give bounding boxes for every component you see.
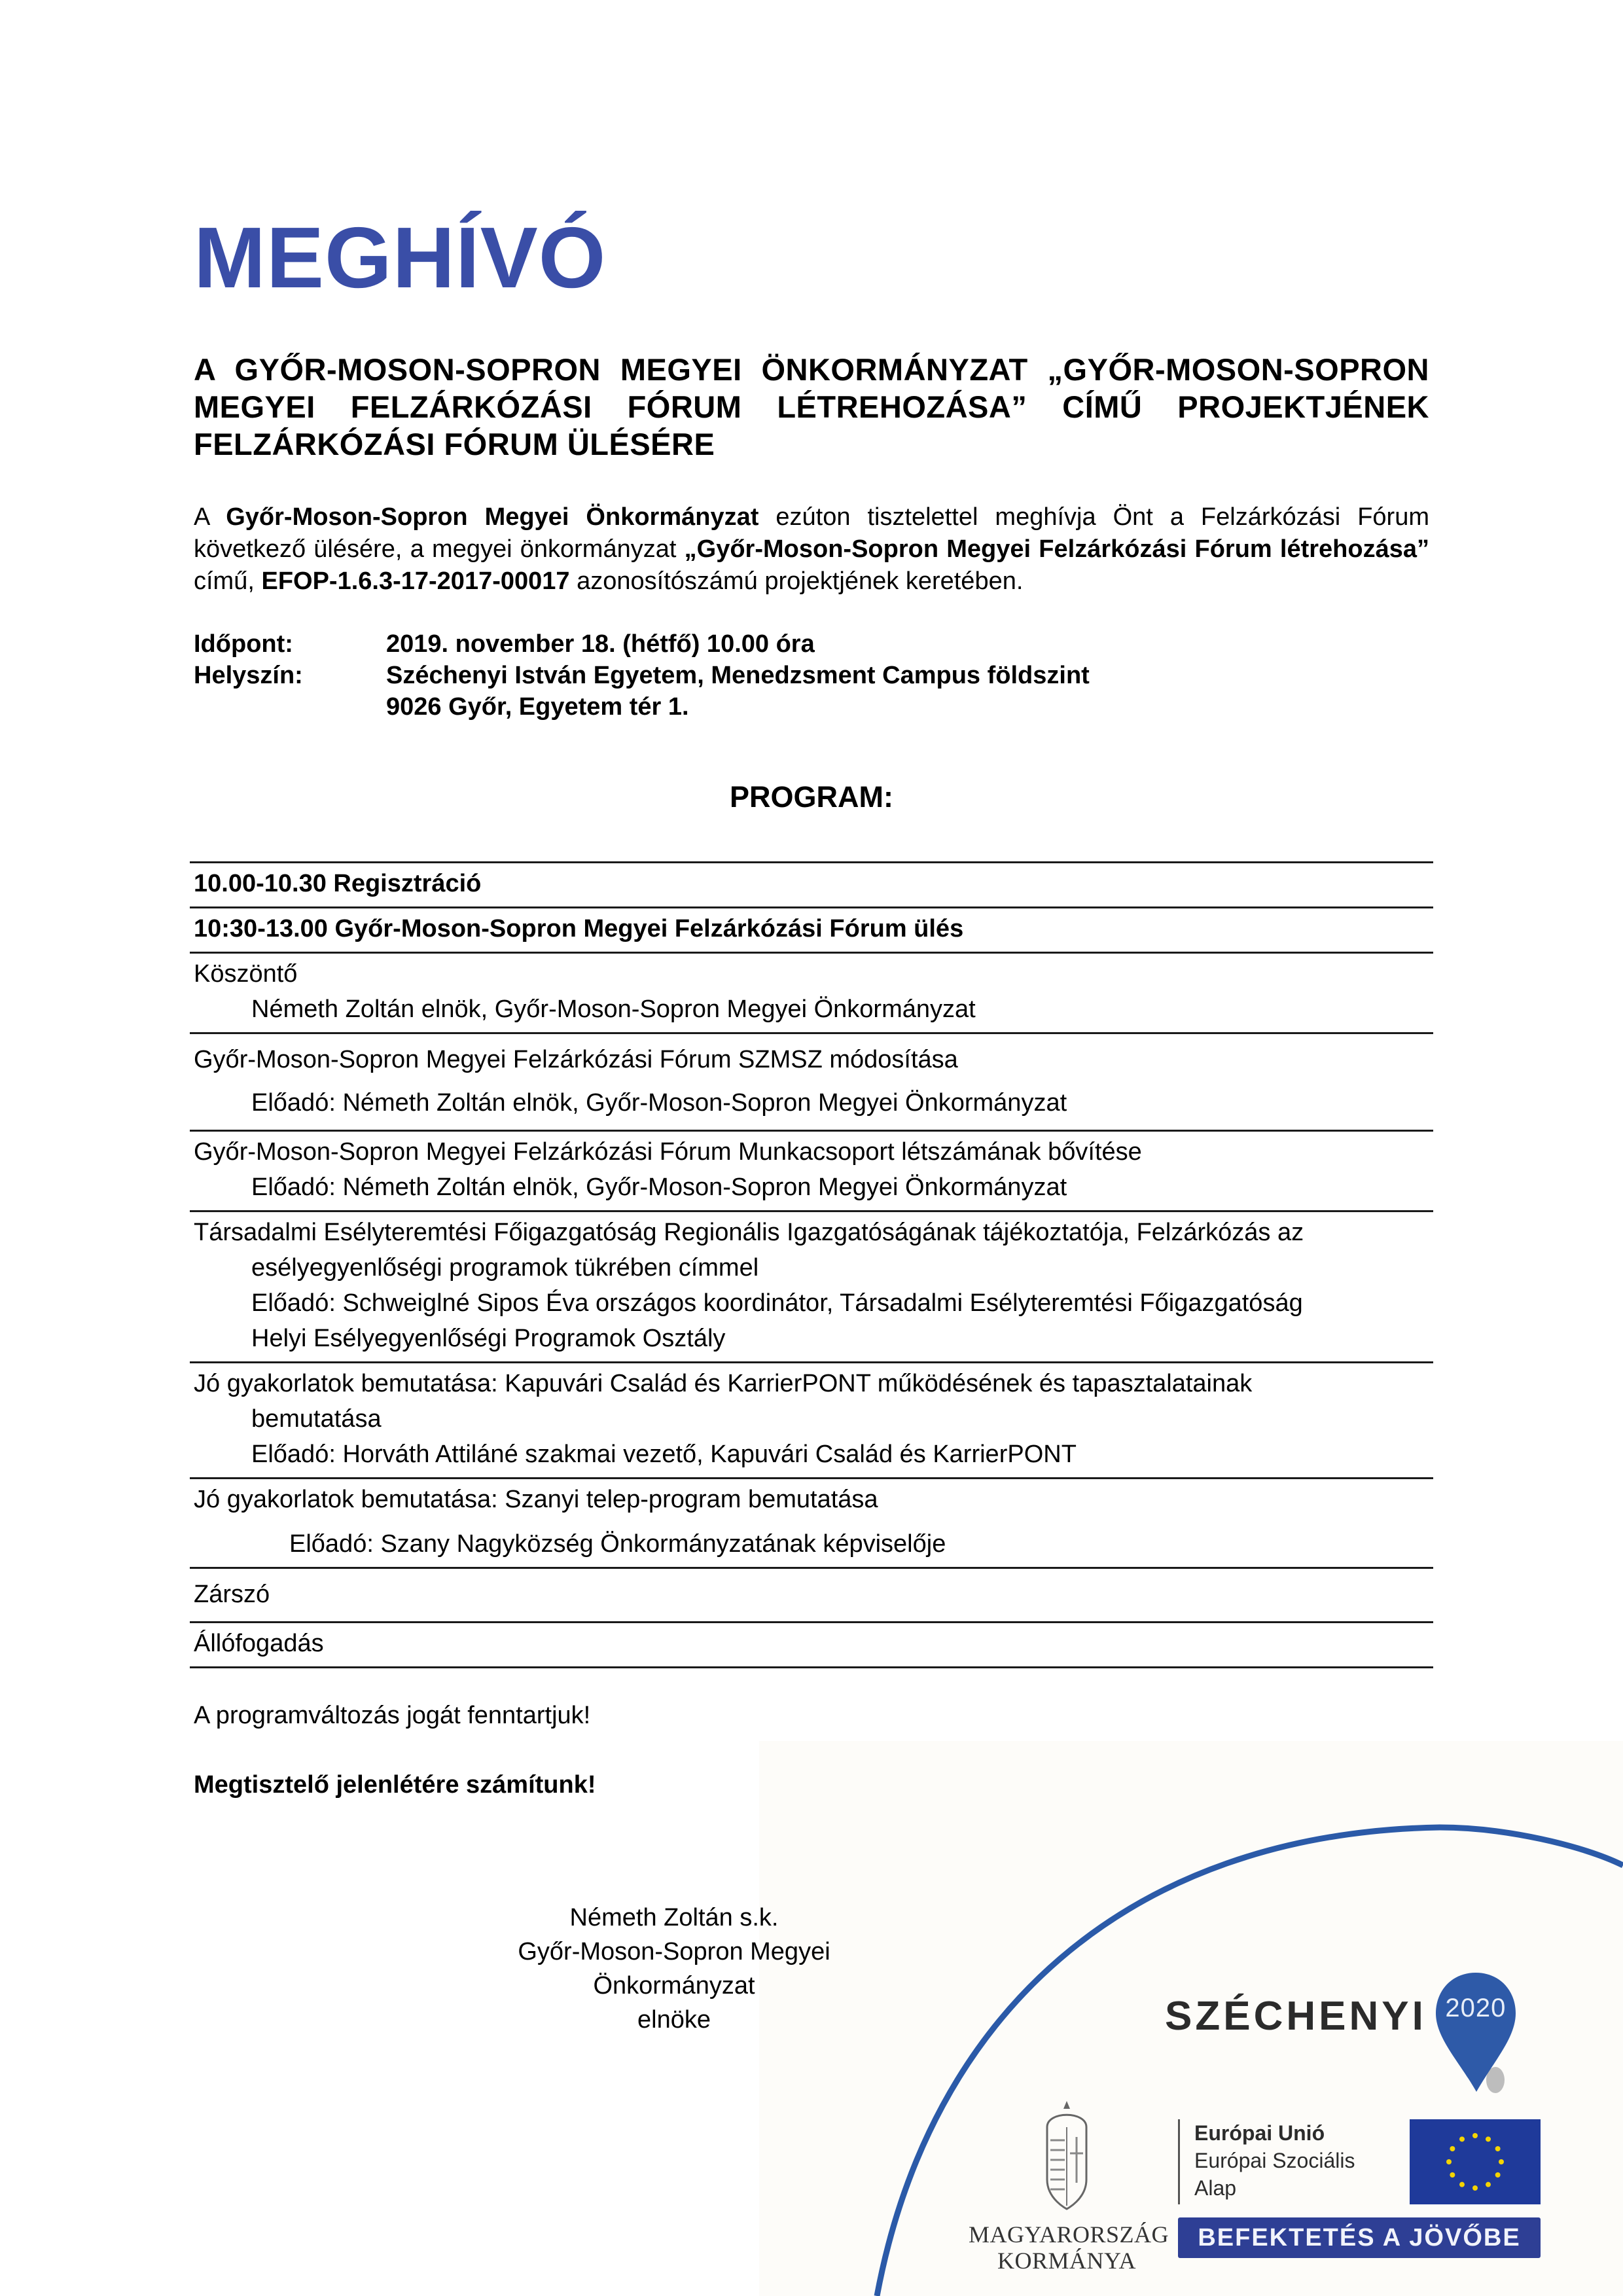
- program-item-title: 10.00-10.30 Regisztráció: [194, 866, 1429, 901]
- program-item: Jó gyakorlatok bemutatása: Kapuvári Csal…: [190, 1361, 1433, 1477]
- signature-name: Németh Zoltán s.k.: [458, 1901, 890, 1935]
- signature-block: Németh Zoltán s.k. Győr-Moson-Sopron Meg…: [458, 1901, 890, 2037]
- program-item: Győr-Moson-Sopron Megyei Felzárkózási Fó…: [190, 1032, 1433, 1130]
- program-item: Köszöntő Németh Zoltán elnök, Győr-Moson…: [190, 952, 1433, 1032]
- eu-fund-label: Európai Unió Európai Szociális Alap: [1178, 2119, 1355, 2204]
- program-item: Zárszó: [190, 1567, 1433, 1621]
- program-item-title-cont: bemutatása: [194, 1401, 1429, 1437]
- intro-text: azonosítószámú projektjének keretében.: [570, 567, 1024, 595]
- szechenyi-year: 2020: [1433, 1994, 1518, 2023]
- eu-flag-icon: [1410, 2119, 1541, 2204]
- eu-fund-name: Európai Szociális: [1194, 2147, 1355, 2174]
- page-title: MEGHÍVÓ: [194, 208, 606, 307]
- program-item-title-cont: esélyegyenlőségi programok tükrében címm…: [194, 1250, 1429, 1285]
- signature-role: elnöke: [458, 2003, 890, 2037]
- program-item-title: Állófogadás: [194, 1626, 1429, 1661]
- szechenyi-word: SZÉCHENYI: [1165, 1993, 1427, 2039]
- program-item-title: Köszöntő: [194, 956, 1429, 992]
- time-value: 2019. november 18. (hétfő) 10.00 óra: [386, 628, 815, 660]
- signature-org: Győr-Moson-Sopron Megyei: [458, 1935, 890, 1969]
- program-item-title: 10:30-13.00 Győr-Moson-Sopron Megyei Fel…: [194, 911, 1429, 946]
- program-item-speaker: Előadó: Németh Zoltán elnök, Győr-Moson-…: [194, 1085, 1429, 1121]
- address-row: 9026 Győr, Egyetem tér 1.: [194, 691, 1241, 723]
- time-row: Időpont: 2019. november 18. (hétfő) 10.0…: [194, 628, 1241, 660]
- closing-line: Megtisztelő jelenlétére számítunk!: [194, 1771, 596, 1799]
- program-item-speaker: Előadó: Horváth Attiláné szakmai vezető,…: [194, 1437, 1429, 1472]
- program-item-speaker: Németh Zoltán elnök, Győr-Moson-Sopron M…: [194, 992, 1429, 1027]
- time-label: Időpont:: [194, 628, 386, 660]
- program-item: 10:30-13.00 Győr-Moson-Sopron Megyei Fel…: [190, 906, 1433, 952]
- program-item-title: Jó gyakorlatok bemutatása: Szanyi telep-…: [194, 1482, 1429, 1517]
- gov-name-line2: KORMÁNYA: [969, 2248, 1165, 2274]
- intro-paragraph: A Győr-Moson-Sopron Megyei Önkormányzat …: [194, 501, 1429, 598]
- address-value: 9026 Győr, Egyetem tér 1.: [386, 691, 689, 723]
- program-item-title: Társadalmi Esélyteremtési Főigazgatóság …: [194, 1215, 1429, 1250]
- map-pin-icon: 2020: [1433, 1970, 1518, 2094]
- investing-in-future-banner: BEFEKTETÉS A JÖVŐBE: [1178, 2217, 1541, 2258]
- program-item-speaker: Előadó: Németh Zoltán elnök, Győr-Moson-…: [194, 1170, 1429, 1205]
- program-item: Állófogadás: [190, 1621, 1433, 1668]
- intro-project-name: „Győr-Moson-Sopron Megyei Felzárkózási F…: [685, 535, 1429, 563]
- place-label: Helyszín:: [194, 660, 386, 691]
- program-item: Győr-Moson-Sopron Megyei Felzárkózási Fó…: [190, 1130, 1433, 1210]
- program-heading: PROGRAM:: [0, 780, 1623, 814]
- program-item-title: Győr-Moson-Sopron Megyei Felzárkózási Fó…: [194, 1134, 1429, 1170]
- intro-text: című,: [194, 567, 261, 595]
- place-value: Széchenyi István Egyetem, Menedzsment Ca…: [386, 660, 1090, 691]
- event-details: Időpont: 2019. november 18. (hétfő) 10.0…: [194, 628, 1241, 723]
- gov-name-line1: MAGYARORSZÁG: [969, 2221, 1165, 2248]
- program-item: Jó gyakorlatok bemutatása: Szanyi telep-…: [190, 1477, 1433, 1567]
- program-item-speaker-cont: Helyi Esélyegyenlőségi Programok Osztály: [194, 1321, 1429, 1356]
- program-change-note: A programváltozás jogát fenntartjuk!: [194, 1702, 590, 1730]
- eu-fund-name-cont: Alap: [1194, 2174, 1355, 2202]
- program-item-title: Jó gyakorlatok bemutatása: Kapuvári Csal…: [194, 1366, 1429, 1401]
- program-item-title: Zárszó: [194, 1577, 1429, 1612]
- program-item: Társadalmi Esélyteremtési Főigazgatóság …: [190, 1210, 1433, 1361]
- intro-project-id: EFOP-1.6.3-17-2017-00017: [261, 567, 569, 595]
- program-item: 10.00-10.30 Regisztráció: [190, 861, 1433, 906]
- eu-name: Európai Unió: [1194, 2119, 1355, 2147]
- coat-of-arms-icon: [1037, 2101, 1096, 2212]
- program-item-title: Győr-Moson-Sopron Megyei Felzárkózási Fó…: [194, 1042, 1429, 1077]
- intro-text: A: [194, 503, 226, 531]
- program-list: 10.00-10.30 Regisztráció 10:30-13.00 Győ…: [190, 861, 1433, 1668]
- program-item-speaker: Előadó: Szany Nagyközség Önkormányzatána…: [194, 1526, 1429, 1562]
- signature-org-cont: Önkormányzat: [458, 1969, 890, 2003]
- hungarian-government-logo: MAGYARORSZÁG KORMÁNYA: [969, 2101, 1165, 2274]
- program-item-speaker: Előadó: Schweiglné Sipos Éva országos ko…: [194, 1285, 1429, 1321]
- invitation-subtitle: A GYŐR-MOSON-SOPRON MEGYEI ÖNKORMÁNYZAT …: [194, 351, 1429, 463]
- place-row: Helyszín: Széchenyi István Egyetem, Mene…: [194, 660, 1241, 691]
- szechenyi-2020-logo: SZÉCHENYI 2020: [1165, 1937, 1518, 2094]
- intro-organizer: Győr-Moson-Sopron Megyei Önkormányzat: [226, 503, 758, 531]
